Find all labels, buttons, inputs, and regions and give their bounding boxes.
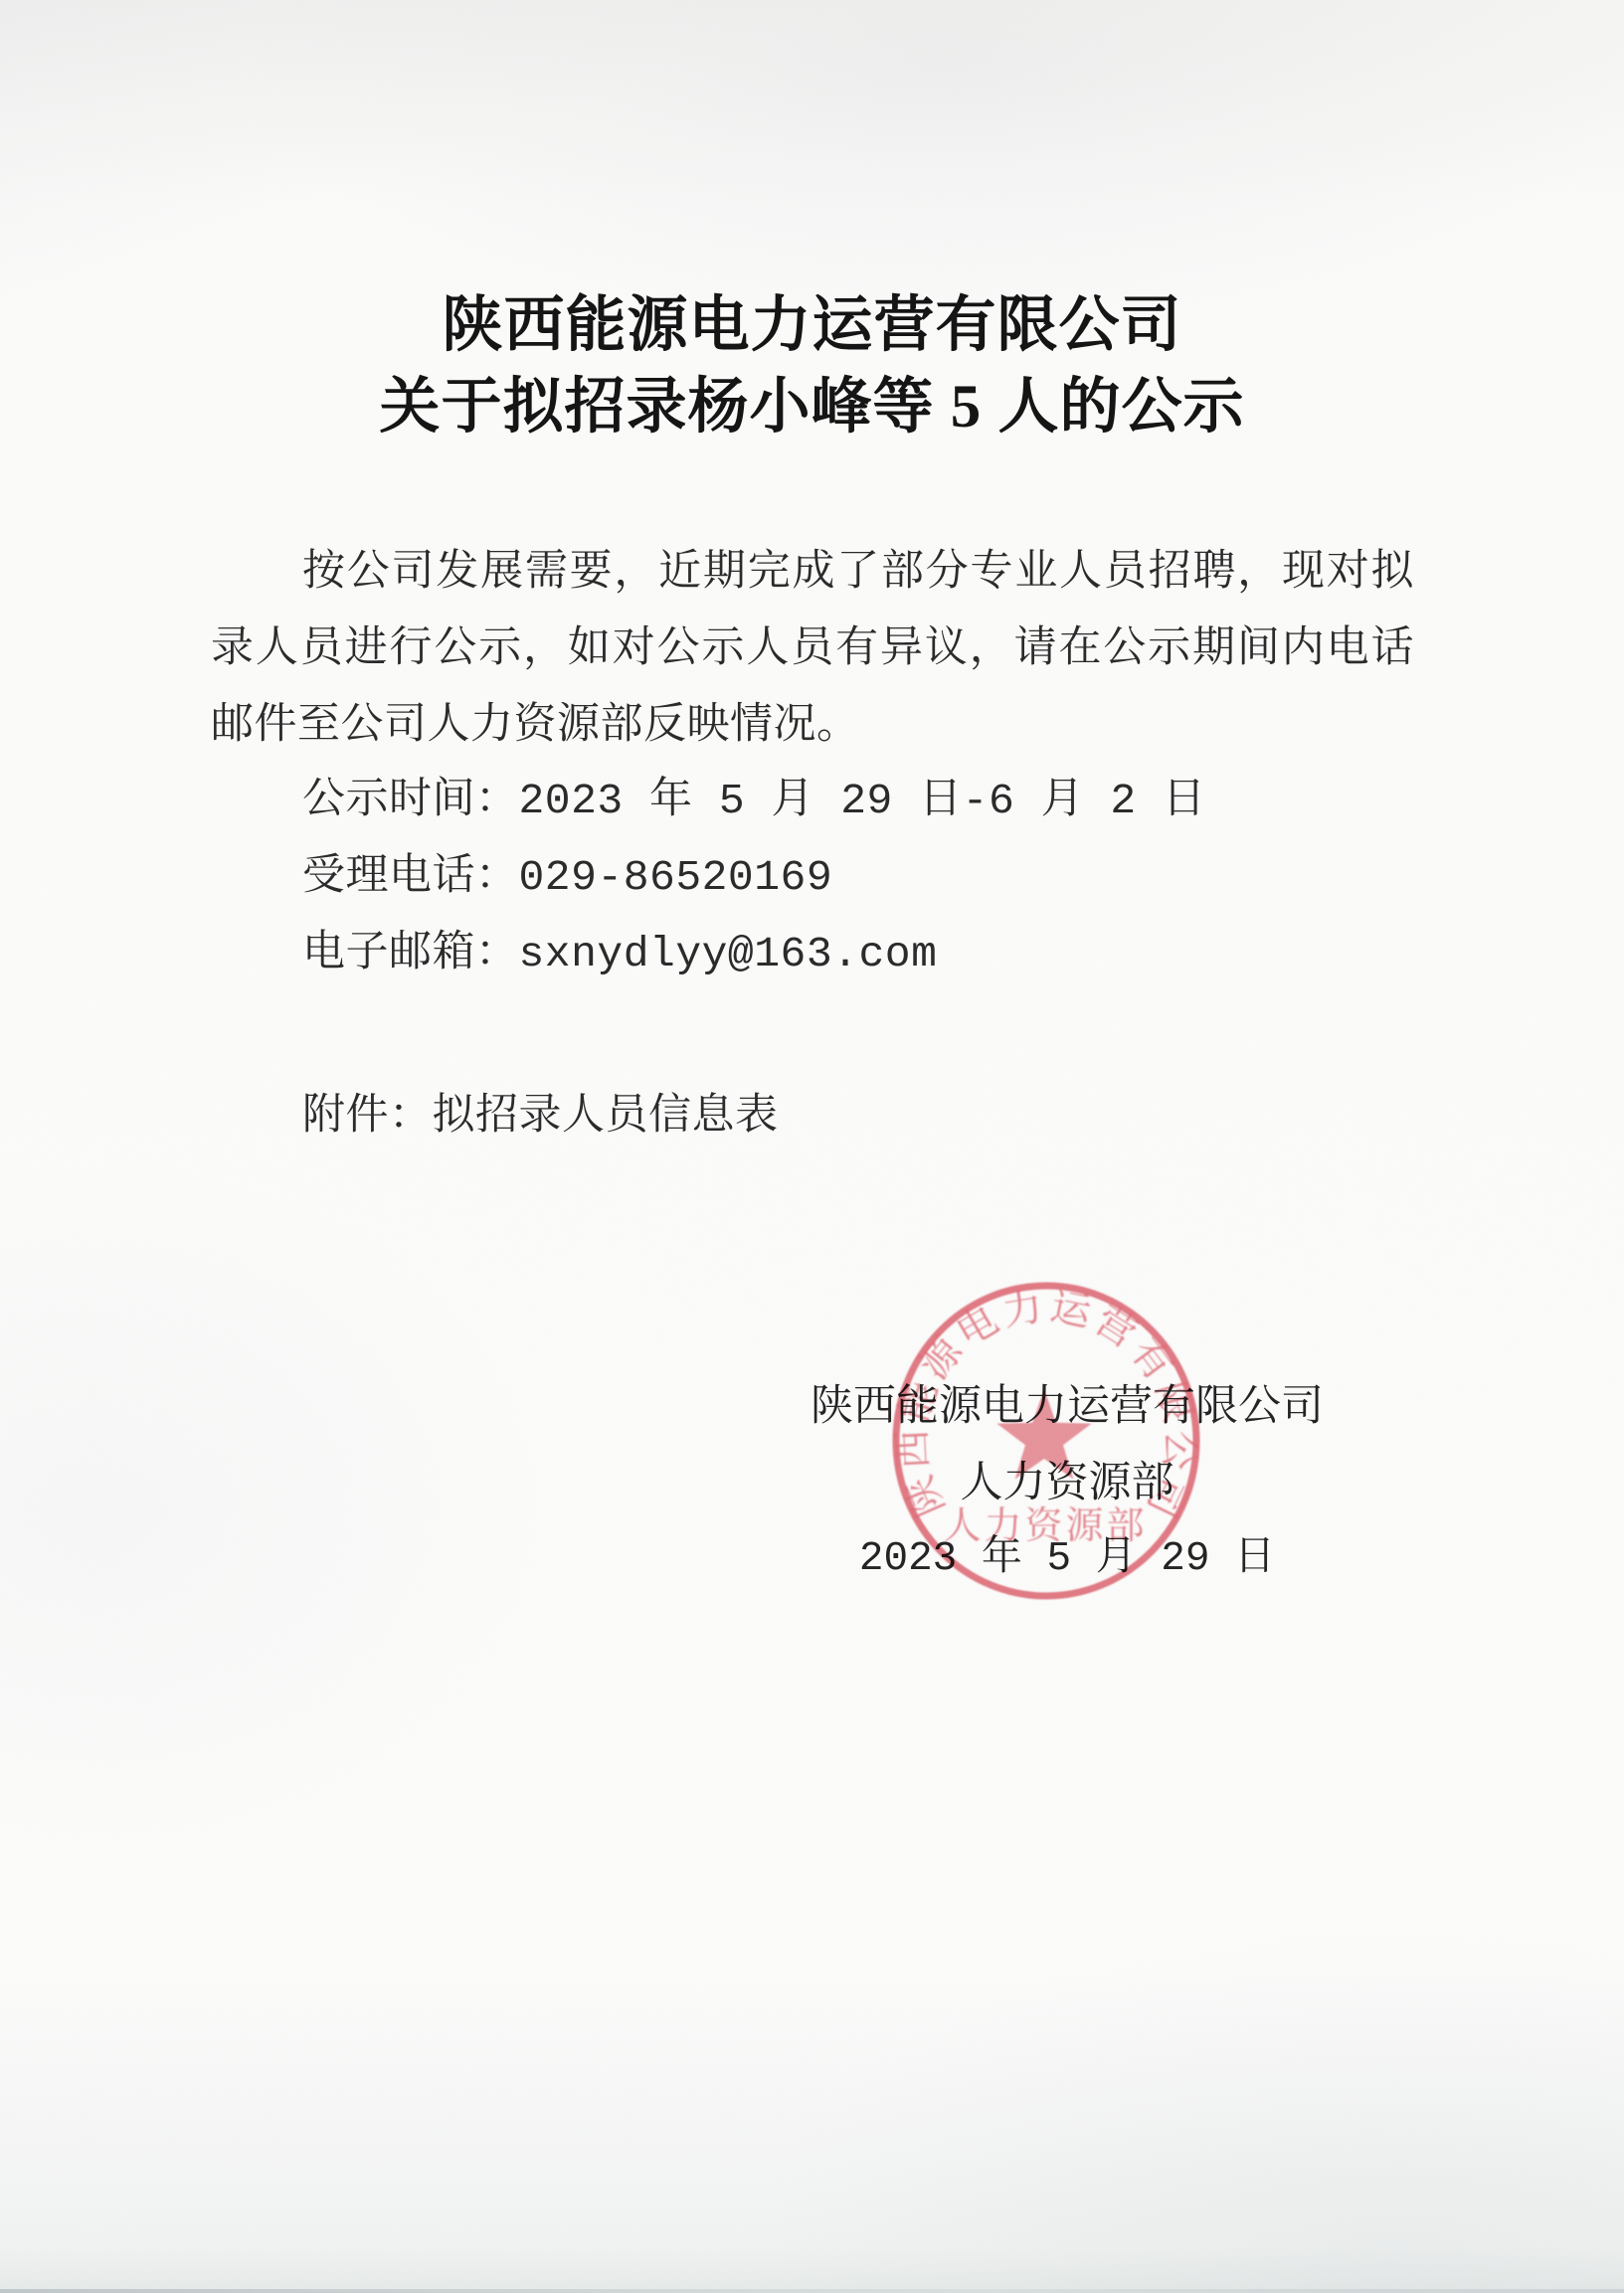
paragraph-line-3: 邮件至公司人力资源部反映情况。 — [211, 686, 1414, 763]
paragraph-line-1: 按公司发展需要，近期完成了部分专业人员招聘，现对拟招 — [211, 533, 1414, 610]
signature-department: 人力资源部 — [739, 1445, 1395, 1521]
body-text: 按公司发展需要，近期完成了部分专业人员招聘，现对拟招 录人员进行公示，如对公示人… — [211, 533, 1414, 992]
signature-company: 陕西能源电力运营有限公司 — [739, 1368, 1395, 1445]
signature-block: 陕西能源电力运营有限公司 人力资源部 2023 年 5 月 29 日 — [739, 1368, 1395, 1598]
info-line-publicity-period: 公示时间：2023 年 5 月 29 日-6 月 2 日 — [211, 763, 1414, 839]
paragraph-line-2: 录人员进行公示，如对公示人员有异议，请在公示期间内电话或 — [211, 610, 1414, 686]
scanned-announcement-document: 陕西能源电力运营有限公司 关于拟招录杨小峰等 5 人的公示 按公司发展需要，近期… — [0, 0, 1624, 2293]
document-title: 陕西能源电力运营有限公司 关于拟招录杨小峰等 5 人的公示 — [0, 285, 1624, 448]
title-line-2: 关于拟招录杨小峰等 5 人的公示 — [0, 367, 1624, 448]
signature-date: 2023 年 5 月 29 日 — [739, 1521, 1395, 1598]
title-line-1: 陕西能源电力运营有限公司 — [0, 285, 1624, 367]
info-line-email: 电子邮箱：sxnydlyy@163.com — [211, 916, 1414, 992]
attachment-line: 附件：拟招录人员信息表 — [211, 1077, 1414, 1153]
info-line-phone: 受理电话：029-86520169 — [211, 839, 1414, 916]
